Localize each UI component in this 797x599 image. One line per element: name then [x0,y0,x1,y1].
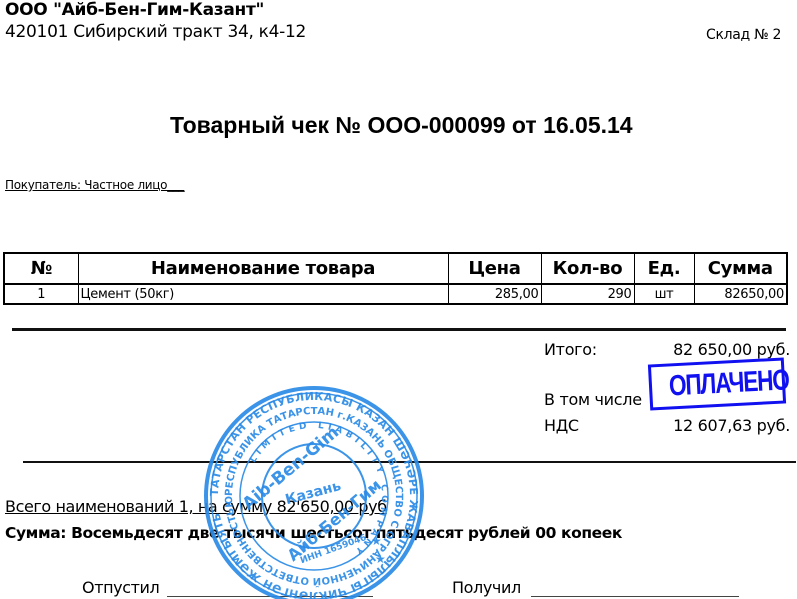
total-items-summary: Всего наименований 1, на сумму 82'650,00… [5,497,387,516]
col-header-name: Наименование товара [78,253,448,284]
total-value: 82 650,00 руб. [673,340,790,359]
including-label: В том числе [544,390,642,409]
company-seal-icon: ТАТАРСТАН РЕСПУБЛИКАСЫ КАЗАН ШӘҺӘРЕ ЖАВА… [203,385,425,599]
received-by-label: Получил [452,578,521,597]
items-table: № Наименование товара Цена Кол-во Ед. Су… [3,252,788,305]
table-header-row: № Наименование товара Цена Кол-во Ед. Су… [4,253,787,284]
company-address: 420101 Сибирский тракт 34, к4-12 [5,22,306,42]
vat-value: 12 607,63 руб. [673,416,790,435]
buyer-line: Покупатель: Частное лицо___ [5,178,184,192]
cell-number: 1 [4,284,78,304]
col-header-sum: Сумма [694,253,787,284]
warehouse-label: Склад № 2 [706,27,781,43]
divider-bottom [23,461,796,463]
released-by-label: Отпустил [82,578,159,597]
paid-stamp: ОПЛАЧЕНО [648,357,786,410]
received-by-signature-line [531,596,739,597]
col-header-number: № [4,253,78,284]
col-header-price: Цена [448,253,541,284]
cell-price: 285,00 [448,284,541,304]
svg-text:★: ★ [375,552,386,566]
cell-sum: 82650,00 [694,284,787,304]
table-row: 1 Цемент (50кг) 285,00 290 шт 82650,00 [4,284,787,304]
col-header-unit: Ед. [634,253,694,284]
cell-unit: шт [634,284,694,304]
svg-text:Айб-Бен-Гим: Айб-Бен-Гим [283,475,385,565]
cell-qty: 290 [541,284,634,304]
document-title: Товарный чек № ООО-000099 от 16.05.14 [170,112,633,139]
col-header-qty: Кол-во [541,253,634,284]
released-by-signature-line [167,596,373,597]
divider-top [12,328,786,331]
total-label: Итого: [544,340,597,359]
company-name: ООО "Айб-Бен-Гим-Казант" [5,0,264,20]
cell-name: Цемент (50кг) [78,284,448,304]
svg-text:ТАТАРСТАН РЕСПУБЛИКАСЫ КАЗАН Ш: ТАТАРСТАН РЕСПУБЛИКАСЫ КАЗАН ШӘҺӘРЕ ЖАВА… [208,390,420,599]
vat-label: НДС [544,416,579,435]
sum-in-words: Сумма: Восемьдесят две тысячи шестьсот п… [5,524,622,542]
